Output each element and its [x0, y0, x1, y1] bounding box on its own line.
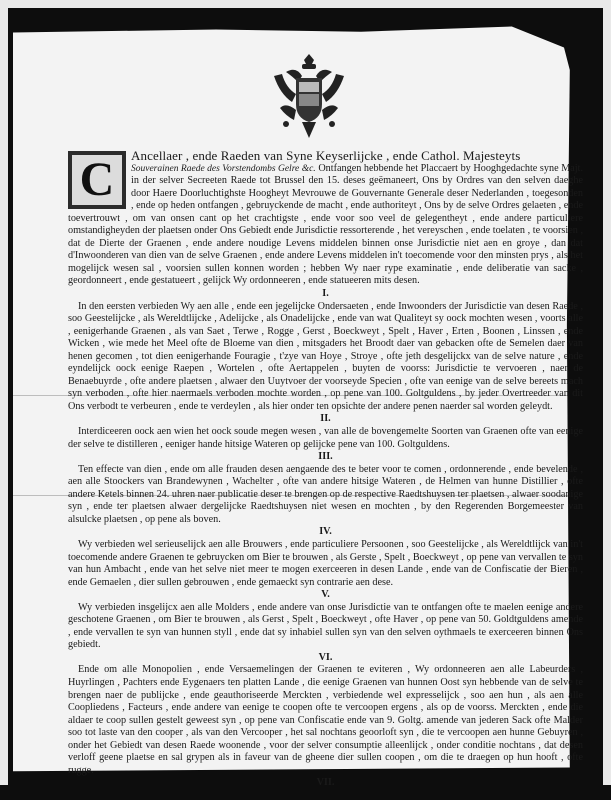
- dropcap-letter: C: [72, 155, 122, 205]
- scan-bottom-edge: [0, 785, 611, 800]
- decree-intro: Ontfangen hebbende het Placcaert by Hoog…: [68, 163, 583, 287]
- ornamental-dropcap: C: [68, 151, 126, 209]
- section-number: IV.: [68, 526, 583, 539]
- section-number: VI.: [68, 652, 583, 665]
- section-text: Wy verbieden insgelijcx aen alle Molders…: [68, 602, 583, 652]
- section-text: Interdiceeren oock aen wien het oock sou…: [68, 426, 583, 451]
- section-number: II.: [68, 413, 583, 426]
- section-number: V.: [68, 589, 583, 602]
- section-text: In den eersten verbieden Wy aen alle , e…: [68, 301, 583, 414]
- section-number: I.: [68, 288, 583, 301]
- section-text: Wy verbieden wel serieuselijck aen alle …: [68, 539, 583, 589]
- section-text: Ten effecte van dien , ende om alle frau…: [68, 464, 583, 527]
- section-number: III.: [68, 451, 583, 464]
- double-headed-eagle-crest-icon: [272, 52, 346, 142]
- decree-subtitle: Souverainen Raede des Vorstendombs Gelre…: [131, 164, 316, 174]
- decree-title: Ancellaer , ende Raeden van Syne Keyserl…: [68, 150, 583, 163]
- decree-text: C Ancellaer , ende Raeden van Syne Keyse…: [68, 150, 583, 790]
- section-text: Ende om alle Monopolien , ende Versaemel…: [68, 664, 583, 777]
